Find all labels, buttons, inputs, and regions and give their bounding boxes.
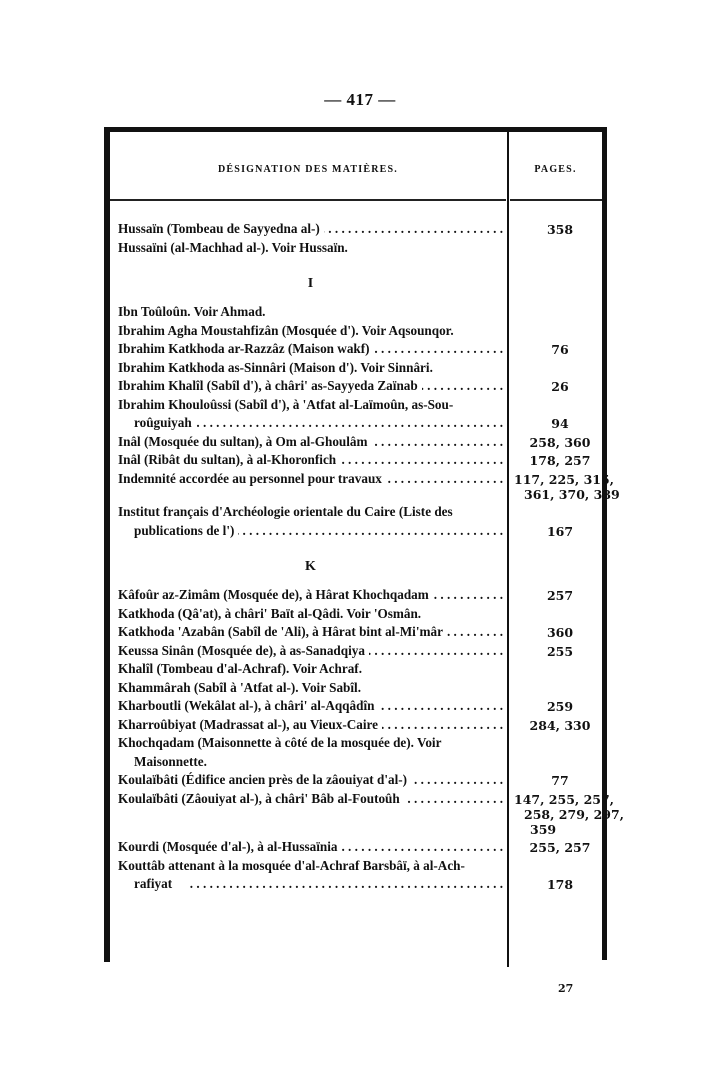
index-entry-line: Hussaïn (Tombeau de Sayyedna al-) . . . … bbox=[118, 220, 503, 239]
header-rule bbox=[510, 199, 602, 201]
entry-text: roûguiyah bbox=[134, 414, 192, 433]
section-spacer bbox=[118, 540, 503, 558]
dot-leader: . . . . . . . . . . . . . . . . . . . . … bbox=[404, 790, 503, 809]
index-entry-line: roûguiyah . . . . . . . . . . . . . . . … bbox=[118, 414, 503, 433]
dot-leader: . . . . . . . . . . . . . . . . . . . . … bbox=[386, 470, 503, 489]
index-entry-line: Khammârah (Sabîl à 'Atfat al-). Voir Sab… bbox=[118, 679, 503, 698]
dot-leader: . . . . . . . . . . . . . . . . . . . . … bbox=[447, 623, 503, 642]
dot-leader: . . . . . . . . . . . . . . . . . . . . … bbox=[372, 433, 503, 452]
table-left-border bbox=[104, 127, 110, 962]
index-entry-line: Ibrahim Katkhoda as-Sinnâri (Maison d').… bbox=[118, 359, 503, 378]
index-entry-line: Ibrahim Khalîl (Sabîl d'), à châri' as-S… bbox=[118, 377, 503, 396]
entry-text: Hussaïn (Tombeau de Sayyedna al-) bbox=[118, 220, 320, 239]
index-entry-line: Ibrahim Agha Moustahfizân (Mosquée d'). … bbox=[118, 322, 503, 341]
page-reference: 94 bbox=[512, 416, 608, 431]
page-reference: 361, 370, 389 bbox=[524, 487, 620, 502]
entry-text: Khammârah (Sabîl à 'Atfat al-). Voir Sab… bbox=[118, 679, 361, 698]
entry-text: Maisonnette. bbox=[134, 753, 207, 772]
page-reference: 284, 330 bbox=[512, 718, 608, 733]
entry-text: Institut français d'Archéologie oriental… bbox=[118, 503, 453, 522]
row-spacer bbox=[118, 808, 503, 838]
dot-leader: . . . . . . . . . . . . . . . . . . . . … bbox=[341, 838, 503, 857]
section-spacer bbox=[118, 293, 503, 303]
entry-text: Hussaïni (al-Machhad al-). Voir Hussaïn. bbox=[118, 239, 348, 258]
index-entry-line: Maisonnette. bbox=[118, 753, 503, 772]
section-spacer bbox=[118, 257, 503, 275]
index-entries: Hussaïn (Tombeau de Sayyedna al-) . . . … bbox=[118, 220, 503, 894]
column-divider bbox=[507, 132, 509, 967]
index-entry-line: Ibrahim Katkhoda ar-Razzâz (Maison wakf)… bbox=[118, 340, 503, 359]
entry-text: Inâl (Mosquée du sultan), à Om al-Ghoulâ… bbox=[118, 433, 368, 452]
dot-leader: . . . . . . . . . . . . . . . . . . . . … bbox=[238, 522, 503, 541]
index-entry-line: Kharroûbiyat (Madrassat al-), au Vieux-C… bbox=[118, 716, 503, 735]
entry-text: Khalîl (Tombeau d'al-Achraf). Voir Achra… bbox=[118, 660, 362, 679]
table-top-border bbox=[104, 127, 607, 132]
entry-text: publications de l') bbox=[134, 522, 234, 541]
page-reference: 255 bbox=[512, 644, 608, 659]
entry-text: Koulaïbâti (Édifice ancien près de la zâ… bbox=[118, 771, 407, 790]
index-entry-line: Katkhoda (Qâ'at), à châri' Baït al-Qâdi.… bbox=[118, 605, 503, 624]
dot-leader: . . . . . . . . . . . . . . . . . . . . … bbox=[176, 875, 503, 894]
index-entry-line: Koulaïbâti (Édifice ancien près de la zâ… bbox=[118, 771, 503, 790]
table-right-border bbox=[602, 127, 607, 960]
page-reference: 258, 360 bbox=[512, 435, 608, 450]
index-entry-line: Inâl (Ribât du sultan), à al-Khoronfich … bbox=[118, 451, 503, 470]
dot-leader: . . . . . . . . . . . . . . . . . . . . … bbox=[340, 451, 503, 470]
index-entry-line: Hussaïni (al-Machhad al-). Voir Hussaïn. bbox=[118, 239, 503, 258]
header-rule bbox=[110, 199, 506, 201]
index-entry-line: Kâfoûr az-Zimâm (Mosquée de), à Hârat Kh… bbox=[118, 586, 503, 605]
page-reference: 117, 225, 315, bbox=[514, 472, 614, 487]
page-reference: 76 bbox=[512, 342, 608, 357]
index-entry-line: Indemnité accordée au personnel pour tra… bbox=[118, 470, 503, 489]
index-entry-line: publications de l') . . . . . . . . . . … bbox=[118, 522, 503, 541]
page-reference: 178, 257 bbox=[512, 453, 608, 468]
page-reference: 257 bbox=[512, 588, 608, 603]
entry-text: Kourdi (Mosquée d'al-), à al-Hussaïnia bbox=[118, 838, 337, 857]
section-spacer bbox=[118, 576, 503, 586]
index-entry-line: Ibn Toûloûn. Voir Ahmad. bbox=[118, 303, 503, 322]
signature-mark: 27 bbox=[558, 982, 573, 995]
column-header-designation: DÉSIGNATION DES MATIÈRES. bbox=[110, 164, 506, 175]
index-entry-line: Katkhoda 'Azabân (Sabîl de 'Ali), à Hâra… bbox=[118, 623, 503, 642]
dot-leader: . . . . . . . . . . . . . . . . . . . . … bbox=[382, 716, 503, 735]
dot-leader: . . . . . . . . . . . . . . . . . . . . … bbox=[411, 771, 503, 790]
entry-text: Ibrahim Katkhoda ar-Razzâz (Maison wakf) bbox=[118, 340, 370, 359]
page-reference: 26 bbox=[512, 379, 608, 394]
entry-text: Katkhoda 'Azabân (Sabîl de 'Ali), à Hâra… bbox=[118, 623, 443, 642]
entry-text: Koulaïbâti (Zâouiyat al-), à châri' Bâb … bbox=[118, 790, 400, 809]
dot-leader: . . . . . . . . . . . . . . . . . . . . … bbox=[196, 414, 503, 433]
dot-leader: . . . . . . . . . . . . . . . . . . . . … bbox=[369, 642, 503, 661]
index-entry-line: Institut français d'Archéologie oriental… bbox=[118, 503, 503, 522]
page-reference: 358 bbox=[512, 222, 608, 237]
section-letter: I bbox=[118, 275, 503, 293]
index-entry-line: Khochqadam (Maisonnette à côté de la mos… bbox=[118, 734, 503, 753]
entry-text: rafiyat bbox=[134, 875, 172, 894]
entry-text: Ibrahim Khalîl (Sabîl d'), à châri' as-S… bbox=[118, 377, 418, 396]
entry-text: Ibrahim Khouloûssi (Sabîl d'), à 'Atfat … bbox=[118, 396, 453, 415]
dot-leader: . . . . . . . . . . . . . . . . . . . . … bbox=[378, 697, 503, 716]
dot-leader: . . . . . . . . . . . . . . . . . . . . … bbox=[374, 340, 503, 359]
index-entry-line: Kourdi (Mosquée d'al-), à al-Hussaïnia .… bbox=[118, 838, 503, 857]
index-entry-line: Koulaïbâti (Zâouiyat al-), à châri' Bâb … bbox=[118, 790, 503, 809]
index-entry-line: Ibrahim Khouloûssi (Sabîl d'), à 'Atfat … bbox=[118, 396, 503, 415]
entry-text: Kâfoûr az-Zimâm (Mosquée de), à Hârat Kh… bbox=[118, 586, 429, 605]
column-header-pages: PAGES. bbox=[509, 164, 602, 175]
index-entry-line: Kharboutli (Wekâlat al-), à châri' al-Aq… bbox=[118, 697, 503, 716]
index-entry-line: Khalîl (Tombeau d'al-Achraf). Voir Achra… bbox=[118, 660, 503, 679]
entry-text: Ibn Toûloûn. Voir Ahmad. bbox=[118, 303, 265, 322]
page-reference: 77 bbox=[512, 773, 608, 788]
index-entry-line: Keussa Sinân (Mosquée de), à as-Sanadqiy… bbox=[118, 642, 503, 661]
page-reference: 178 bbox=[512, 877, 608, 892]
entry-text: Inâl (Ribât du sultan), à al-Khoronfich bbox=[118, 451, 336, 470]
entry-text: Keussa Sinân (Mosquée de), à as-Sanadqiy… bbox=[118, 642, 365, 661]
entry-text: Kharboutli (Wekâlat al-), à châri' al-Aq… bbox=[118, 697, 374, 716]
index-entry-line: Kouttâb attenant à la mosquée d'al-Achra… bbox=[118, 857, 503, 876]
entry-text: Kouttâb attenant à la mosquée d'al-Achra… bbox=[118, 857, 465, 876]
page-reference: 259 bbox=[512, 699, 608, 714]
section-letter: K bbox=[118, 558, 503, 576]
dot-leader: . . . . . . . . . . . . . . . . . . . . … bbox=[422, 377, 503, 396]
page-reference: 167 bbox=[512, 524, 608, 539]
entry-text: Ibrahim Agha Moustahfizân (Mosquée d'). … bbox=[118, 322, 454, 341]
index-entry-line: Inâl (Mosquée du sultan), à Om al-Ghoulâ… bbox=[118, 433, 503, 452]
page-reference: 147, 255, 257, bbox=[514, 792, 614, 807]
dot-leader: . . . . . . . . . . . . . . . . . . . . … bbox=[433, 586, 503, 605]
entry-text: Khochqadam (Maisonnette à côté de la mos… bbox=[118, 734, 441, 753]
entry-text: Kharroûbiyat (Madrassat al-), au Vieux-C… bbox=[118, 716, 378, 735]
entry-text: Katkhoda (Qâ'at), à châri' Baït al-Qâdi.… bbox=[118, 605, 421, 624]
page-reference: 258, 279, 297, bbox=[524, 807, 624, 822]
page-reference: 255, 257 bbox=[512, 840, 608, 855]
index-entry-line: rafiyat . . . . . . . . . . . . . . . . … bbox=[118, 875, 503, 894]
page-reference: 359 bbox=[530, 822, 556, 837]
page-number: — 417 — bbox=[0, 90, 720, 110]
entry-text: Ibrahim Katkhoda as-Sinnâri (Maison d').… bbox=[118, 359, 433, 378]
dot-leader: . . . . . . . . . . . . . . . . . . . . … bbox=[324, 220, 503, 239]
page-reference: 360 bbox=[512, 625, 608, 640]
row-spacer bbox=[118, 488, 503, 503]
entry-text: Indemnité accordée au personnel pour tra… bbox=[118, 470, 382, 489]
